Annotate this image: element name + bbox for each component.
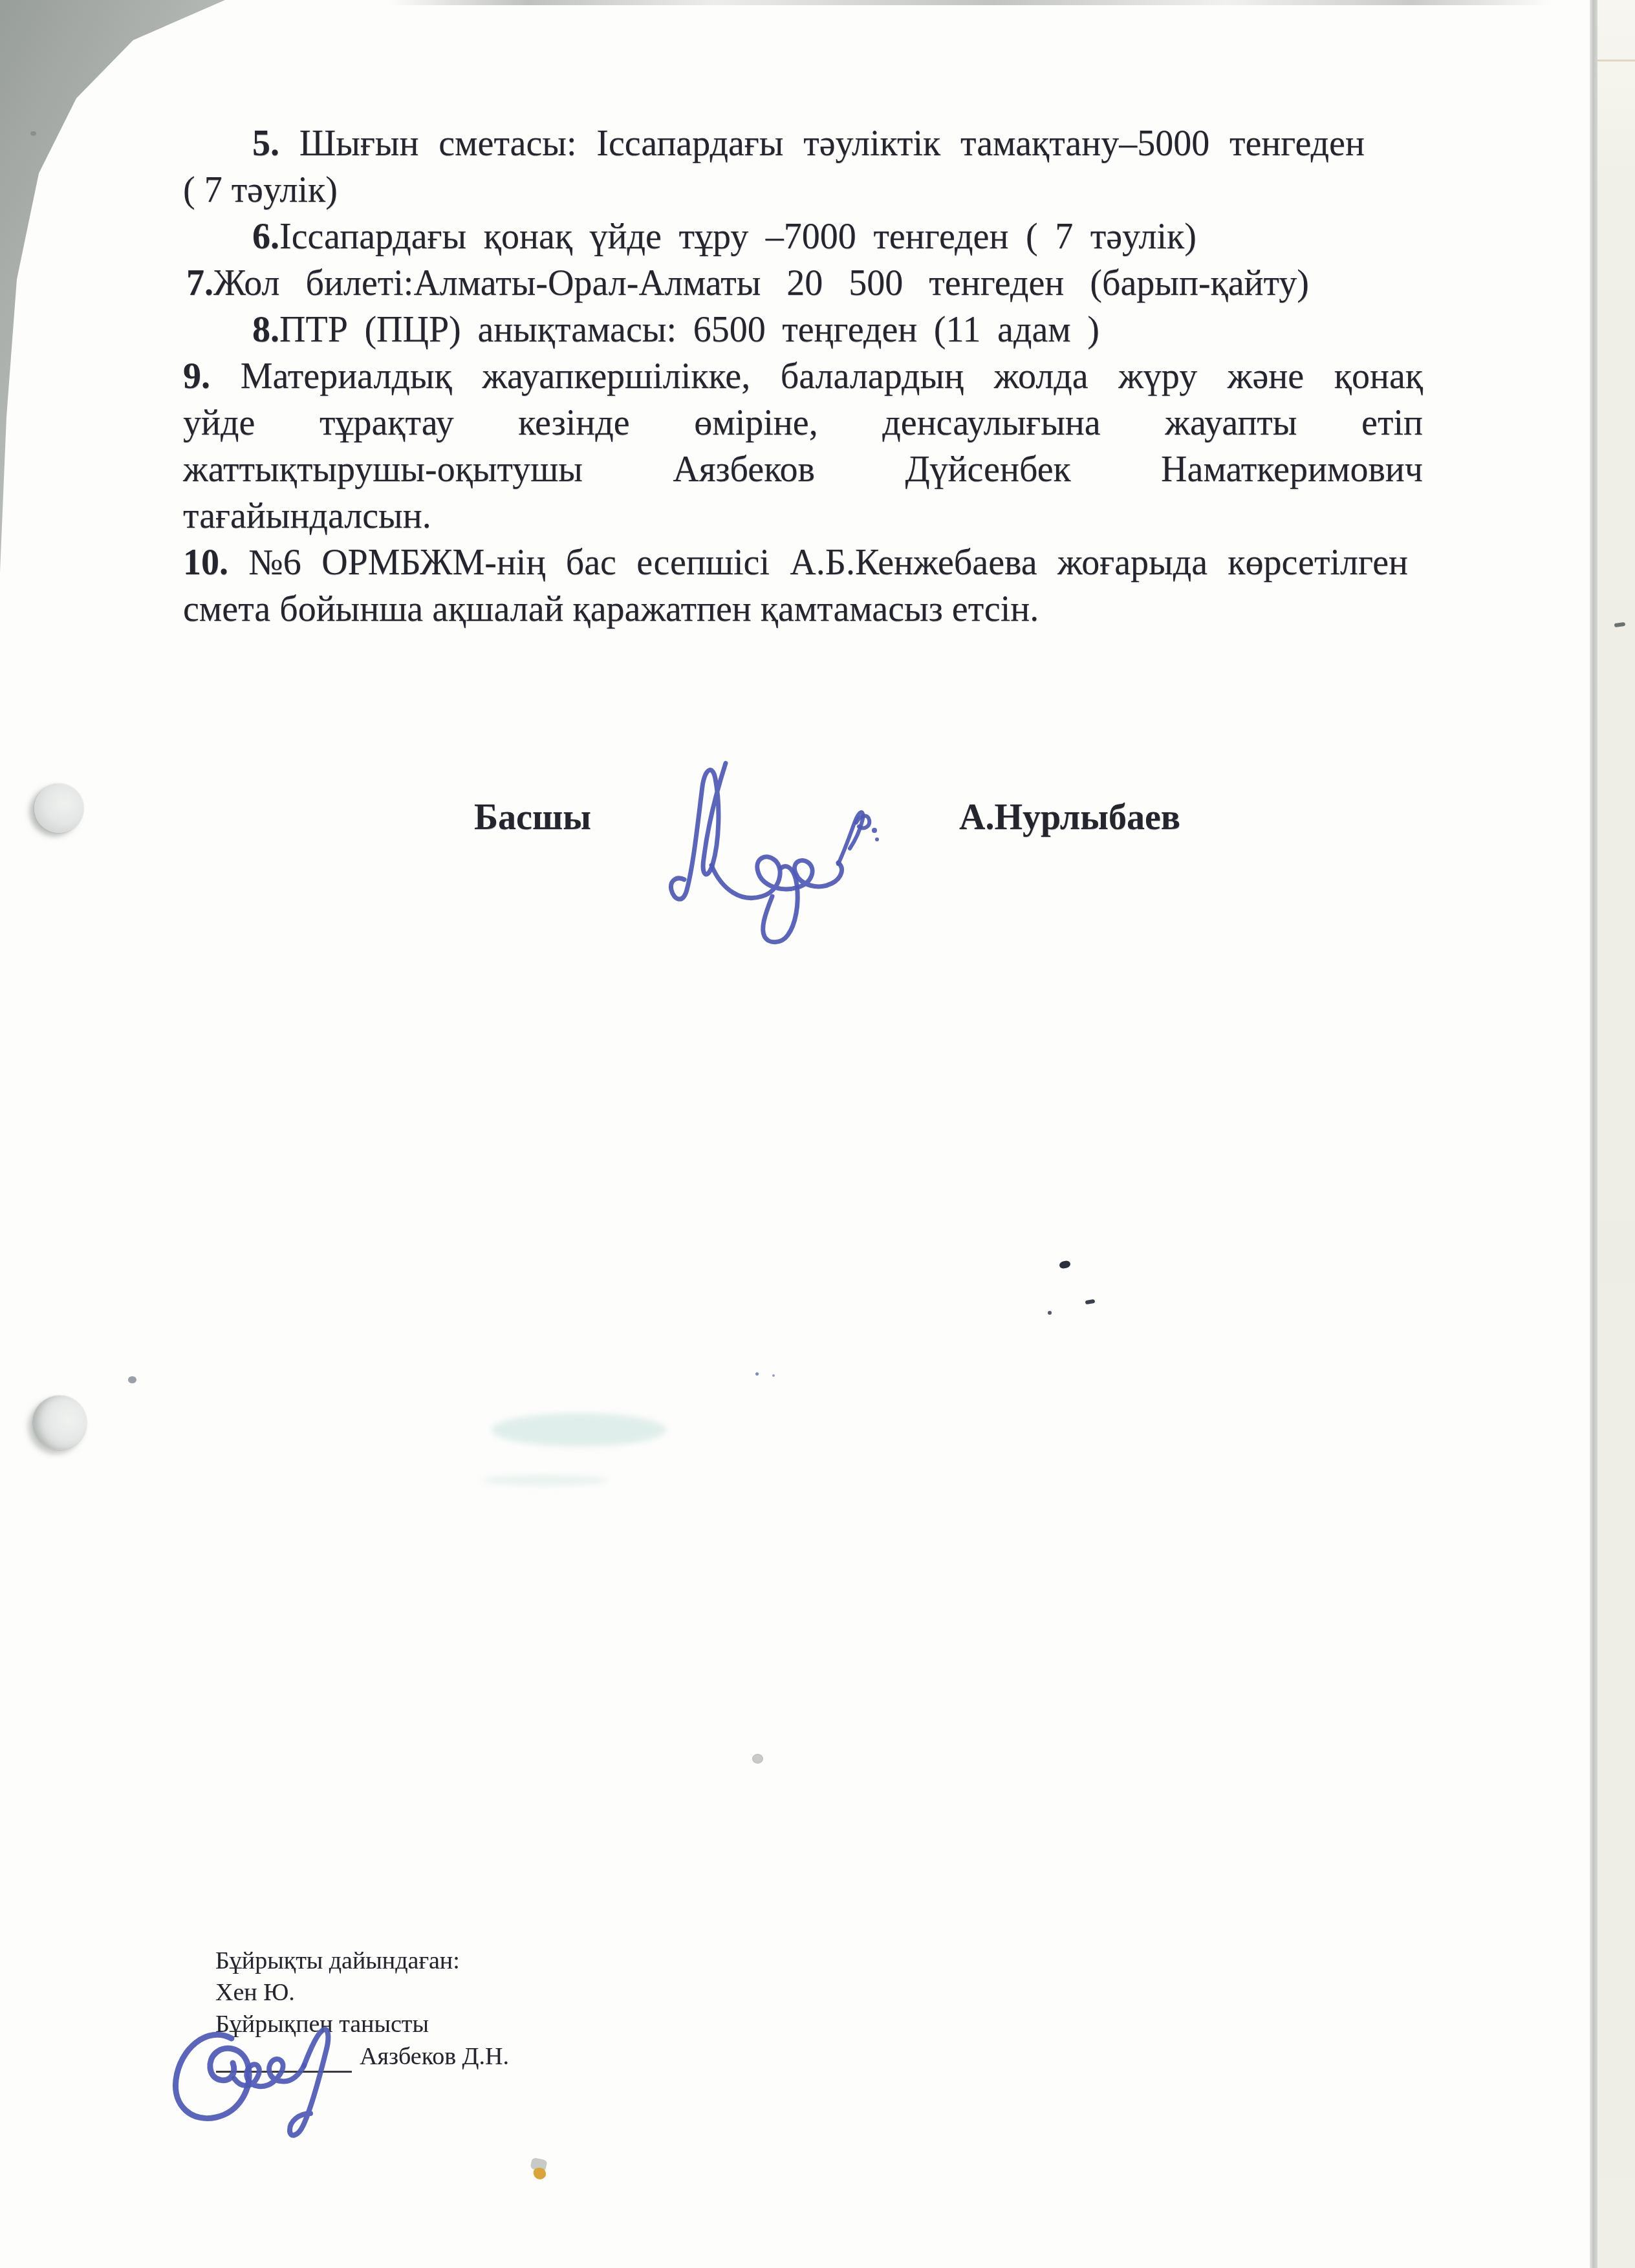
tiny-speck — [755, 1372, 759, 1376]
order-item-10-line-2: смета бойынша ақшалай қаражатпен қамтама… — [183, 586, 1423, 632]
head-signature-ink — [666, 736, 925, 949]
page-right-edge — [1590, 0, 1597, 2268]
ink-speck — [1059, 1260, 1071, 1269]
acquainted-signature-ink — [167, 2015, 374, 2144]
order-item-7: 7.Жолбилеті:Алматы-Орал-Алматы20500тенге… — [186, 260, 1309, 307]
side-strip-mark — [1597, 59, 1635, 61]
scanner-side-strip — [1597, 0, 1635, 2268]
prepared-by-label: Бұйрықты дайындаған: — [215, 1945, 460, 1977]
order-item-5-cont: ( 7 тәулік) — [183, 167, 1423, 213]
ink-speck — [1085, 1299, 1096, 1305]
acquainted-name: Аязбеков Д.Н. — [360, 2042, 509, 2071]
bleedthrough-smudge — [482, 1474, 608, 1486]
order-item-8: 8.ПТР(ПЦР)анықтамасы:6500теңгеден(11адам… — [252, 307, 1099, 353]
paper-speck — [128, 1376, 136, 1383]
paper-speck — [752, 1754, 763, 1764]
order-item-6: 6.Іссапардағықонақүйдетұру–7000тенгеден(… — [252, 213, 1196, 260]
order-item-5: 5.Шығынсметасы:Іссапардағытәуліктіктамақ… — [252, 120, 1365, 167]
signer-name: А.Нурлыбаев — [959, 797, 1180, 838]
paper-speck — [30, 131, 36, 136]
order-item-9-line-2: уйдетұрақтаукезіндеөміріне,денсаулығынаж… — [183, 400, 1423, 446]
order-lines: 5.Шығынсметасы:Іссапардағытәуліктіктамақ… — [183, 120, 1423, 632]
punch-hole-bottom — [32, 1396, 87, 1450]
bleedthrough-smudge — [492, 1413, 666, 1447]
order-item-10-line-1: 10.№6ОРМБЖМ-ніңбасесепшісіА.Б.Кенжебаева… — [183, 539, 1408, 586]
order-item-9-line-4: тағайындалсын. — [183, 493, 1423, 539]
order-item-9-line-1: 9.Материалдықжауапкершілікке,балалардыңж… — [183, 353, 1423, 400]
ink-speck — [1048, 1311, 1052, 1315]
prepared-by-name: Хен Ю. — [215, 1977, 460, 2009]
scan-top-edge-noise — [388, 0, 1552, 5]
signer-title: Басшы — [474, 797, 591, 838]
punch-hole-top — [34, 784, 83, 833]
scanned-order-page: 5.Шығынсметасы:Іссапардағытәуліктіктамақ… — [0, 0, 1635, 2268]
order-item-9-line-3: жаттықтырушы-оқытушыАязбековДүйсенбекНам… — [183, 446, 1423, 493]
tiny-speck — [772, 1374, 775, 1377]
